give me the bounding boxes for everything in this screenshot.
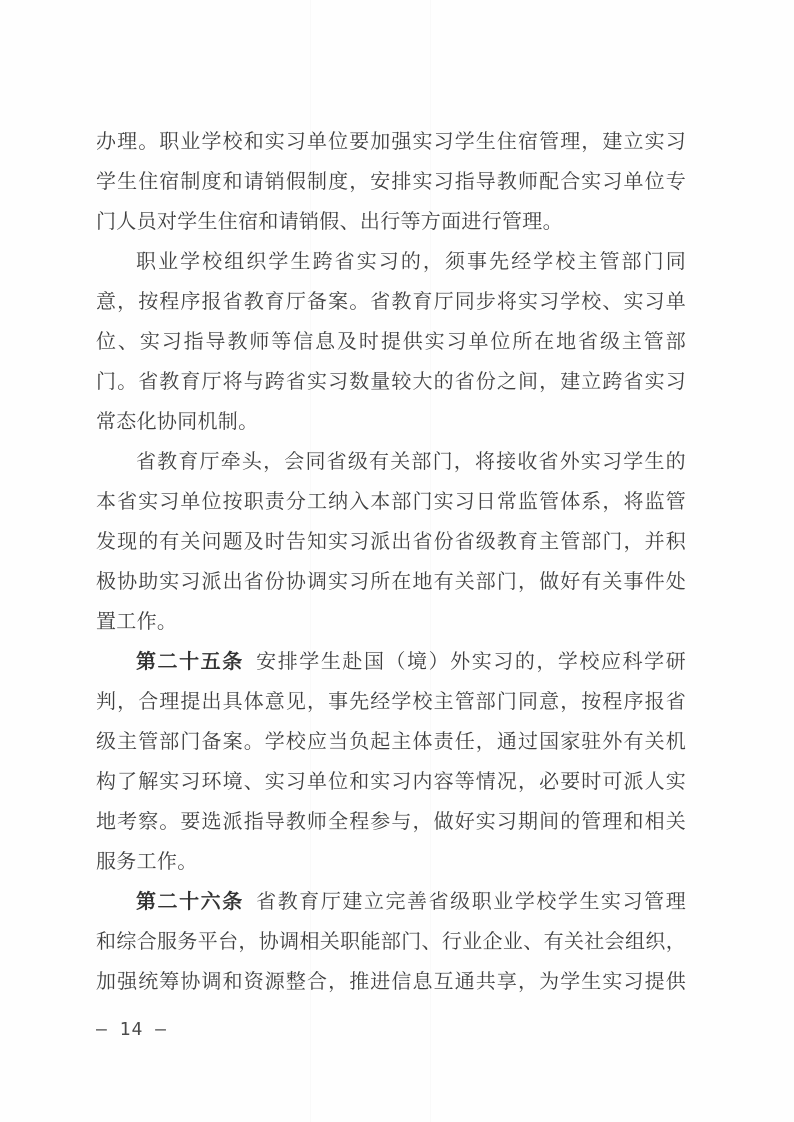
line-text: 意，按程序报省教育厅备案。省教育厅同步将实习学校、实习单 — [96, 291, 686, 313]
line-text: 省教育厅牵头，会同省级有关部门，将接收省外实习学生的 — [136, 451, 686, 473]
text-line: 服务工作。 — [96, 842, 686, 882]
line-text: 极协助实习派出省份协调实习所在地有关部门，做好有关事件处 — [96, 571, 686, 593]
line-text: 判，合理提出具体意见，事先经学校主管部门同意，按程序报省 — [96, 691, 686, 713]
document-body: 办理。职业学校和实习单位要加强实习学生住宿管理，建立实习学生住宿制度和请销假制度… — [96, 122, 686, 1002]
text-line: 加强统筹协调和资源整合，推进信息互通共享，为学生实习提供 — [96, 962, 686, 1002]
line-text: 门人员对学生住宿和请销假、出行等方面进行管理。 — [96, 211, 563, 233]
text-line: 常态化协同机制。 — [96, 402, 686, 442]
text-line: 构了解实习环境、实习单位和实习内容等情况，必要时可派人实 — [96, 762, 686, 802]
text-line: 门人员对学生住宿和请销假、出行等方面进行管理。 — [96, 202, 686, 242]
document-page: 办理。职业学校和实习单位要加强实习学生住宿管理，建立实习学生住宿制度和请销假制度… — [0, 0, 794, 1122]
text-line: 省教育厅牵头，会同省级有关部门，将接收省外实习学生的 — [96, 442, 686, 482]
page-number: – 14 – — [96, 1016, 167, 1044]
text-line: 学生住宿制度和请销假制度，安排实习指导教师配合实习单位专 — [96, 162, 686, 202]
text-line: 置工作。 — [96, 602, 686, 642]
text-line: 判，合理提出具体意见，事先经学校主管部门同意，按程序报省 — [96, 682, 686, 722]
line-text: 省教育厅建立完善省级职业学校学生实习管理 — [256, 891, 686, 913]
line-text: 门。省教育厅将与跨省实习数量较大的省份之间，建立跨省实习 — [96, 371, 686, 393]
line-text: 办理。职业学校和实习单位要加强实习学生住宿管理，建立实习 — [96, 131, 686, 153]
line-text: 和综合服务平台，协调相关职能部门、行业企业、有关社会组织， — [96, 931, 686, 953]
text-line: 办理。职业学校和实习单位要加强实习学生住宿管理，建立实习 — [96, 122, 686, 162]
article-number: 第二十六条 — [136, 891, 244, 913]
line-text: 构了解实习环境、实习单位和实习内容等情况，必要时可派人实 — [96, 771, 686, 793]
line-text: 位、实习指导教师等信息及时提供实习单位所在地省级主管部 — [96, 331, 686, 353]
line-text: 发现的有关问题及时告知实习派出省份省级教育主管部门，并积 — [96, 531, 686, 553]
text-line: 级主管部门备案。学校应当负起主体责任，通过国家驻外有关机 — [96, 722, 686, 762]
line-text: 本省实习单位按职责分工纳入本部门实习日常监管体系，将监管 — [96, 491, 686, 513]
text-line: 位、实习指导教师等信息及时提供实习单位所在地省级主管部 — [96, 322, 686, 362]
text-line: 第二十六条省教育厅建立完善省级职业学校学生实习管理 — [96, 882, 686, 922]
line-text: 职业学校组织学生跨省实习的，须事先经学校主管部门同 — [136, 251, 686, 273]
text-line: 极协助实习派出省份协调实习所在地有关部门，做好有关事件处 — [96, 562, 686, 602]
text-line: 发现的有关问题及时告知实习派出省份省级教育主管部门，并积 — [96, 522, 686, 562]
line-text: 常态化协同机制。 — [96, 411, 258, 433]
article-number: 第二十五条 — [136, 651, 244, 673]
line-text: 置工作。 — [96, 611, 177, 633]
text-line: 意，按程序报省教育厅备案。省教育厅同步将实习学校、实习单 — [96, 282, 686, 322]
line-text: 加强统筹协调和资源整合，推进信息互通共享，为学生实习提供 — [96, 971, 686, 993]
line-text: 级主管部门备案。学校应当负起主体责任，通过国家驻外有关机 — [96, 731, 686, 753]
text-line: 职业学校组织学生跨省实习的，须事先经学校主管部门同 — [96, 242, 686, 282]
text-line: 门。省教育厅将与跨省实习数量较大的省份之间，建立跨省实习 — [96, 362, 686, 402]
line-text: 地考察。要选派指导教师全程参与，做好实习期间的管理和相关 — [96, 811, 686, 833]
text-line: 地考察。要选派指导教师全程参与，做好实习期间的管理和相关 — [96, 802, 686, 842]
line-text: 服务工作。 — [96, 851, 198, 873]
text-line: 和综合服务平台，协调相关职能部门、行业企业、有关社会组织， — [96, 922, 686, 962]
text-line: 本省实习单位按职责分工纳入本部门实习日常监管体系，将监管 — [96, 482, 686, 522]
text-line: 第二十五条安排学生赴国（境）外实习的，学校应科学研 — [96, 642, 686, 682]
line-text: 安排学生赴国（境）外实习的，学校应科学研 — [256, 651, 686, 673]
line-text: 学生住宿制度和请销假制度，安排实习指导教师配合实习单位专 — [96, 171, 686, 193]
